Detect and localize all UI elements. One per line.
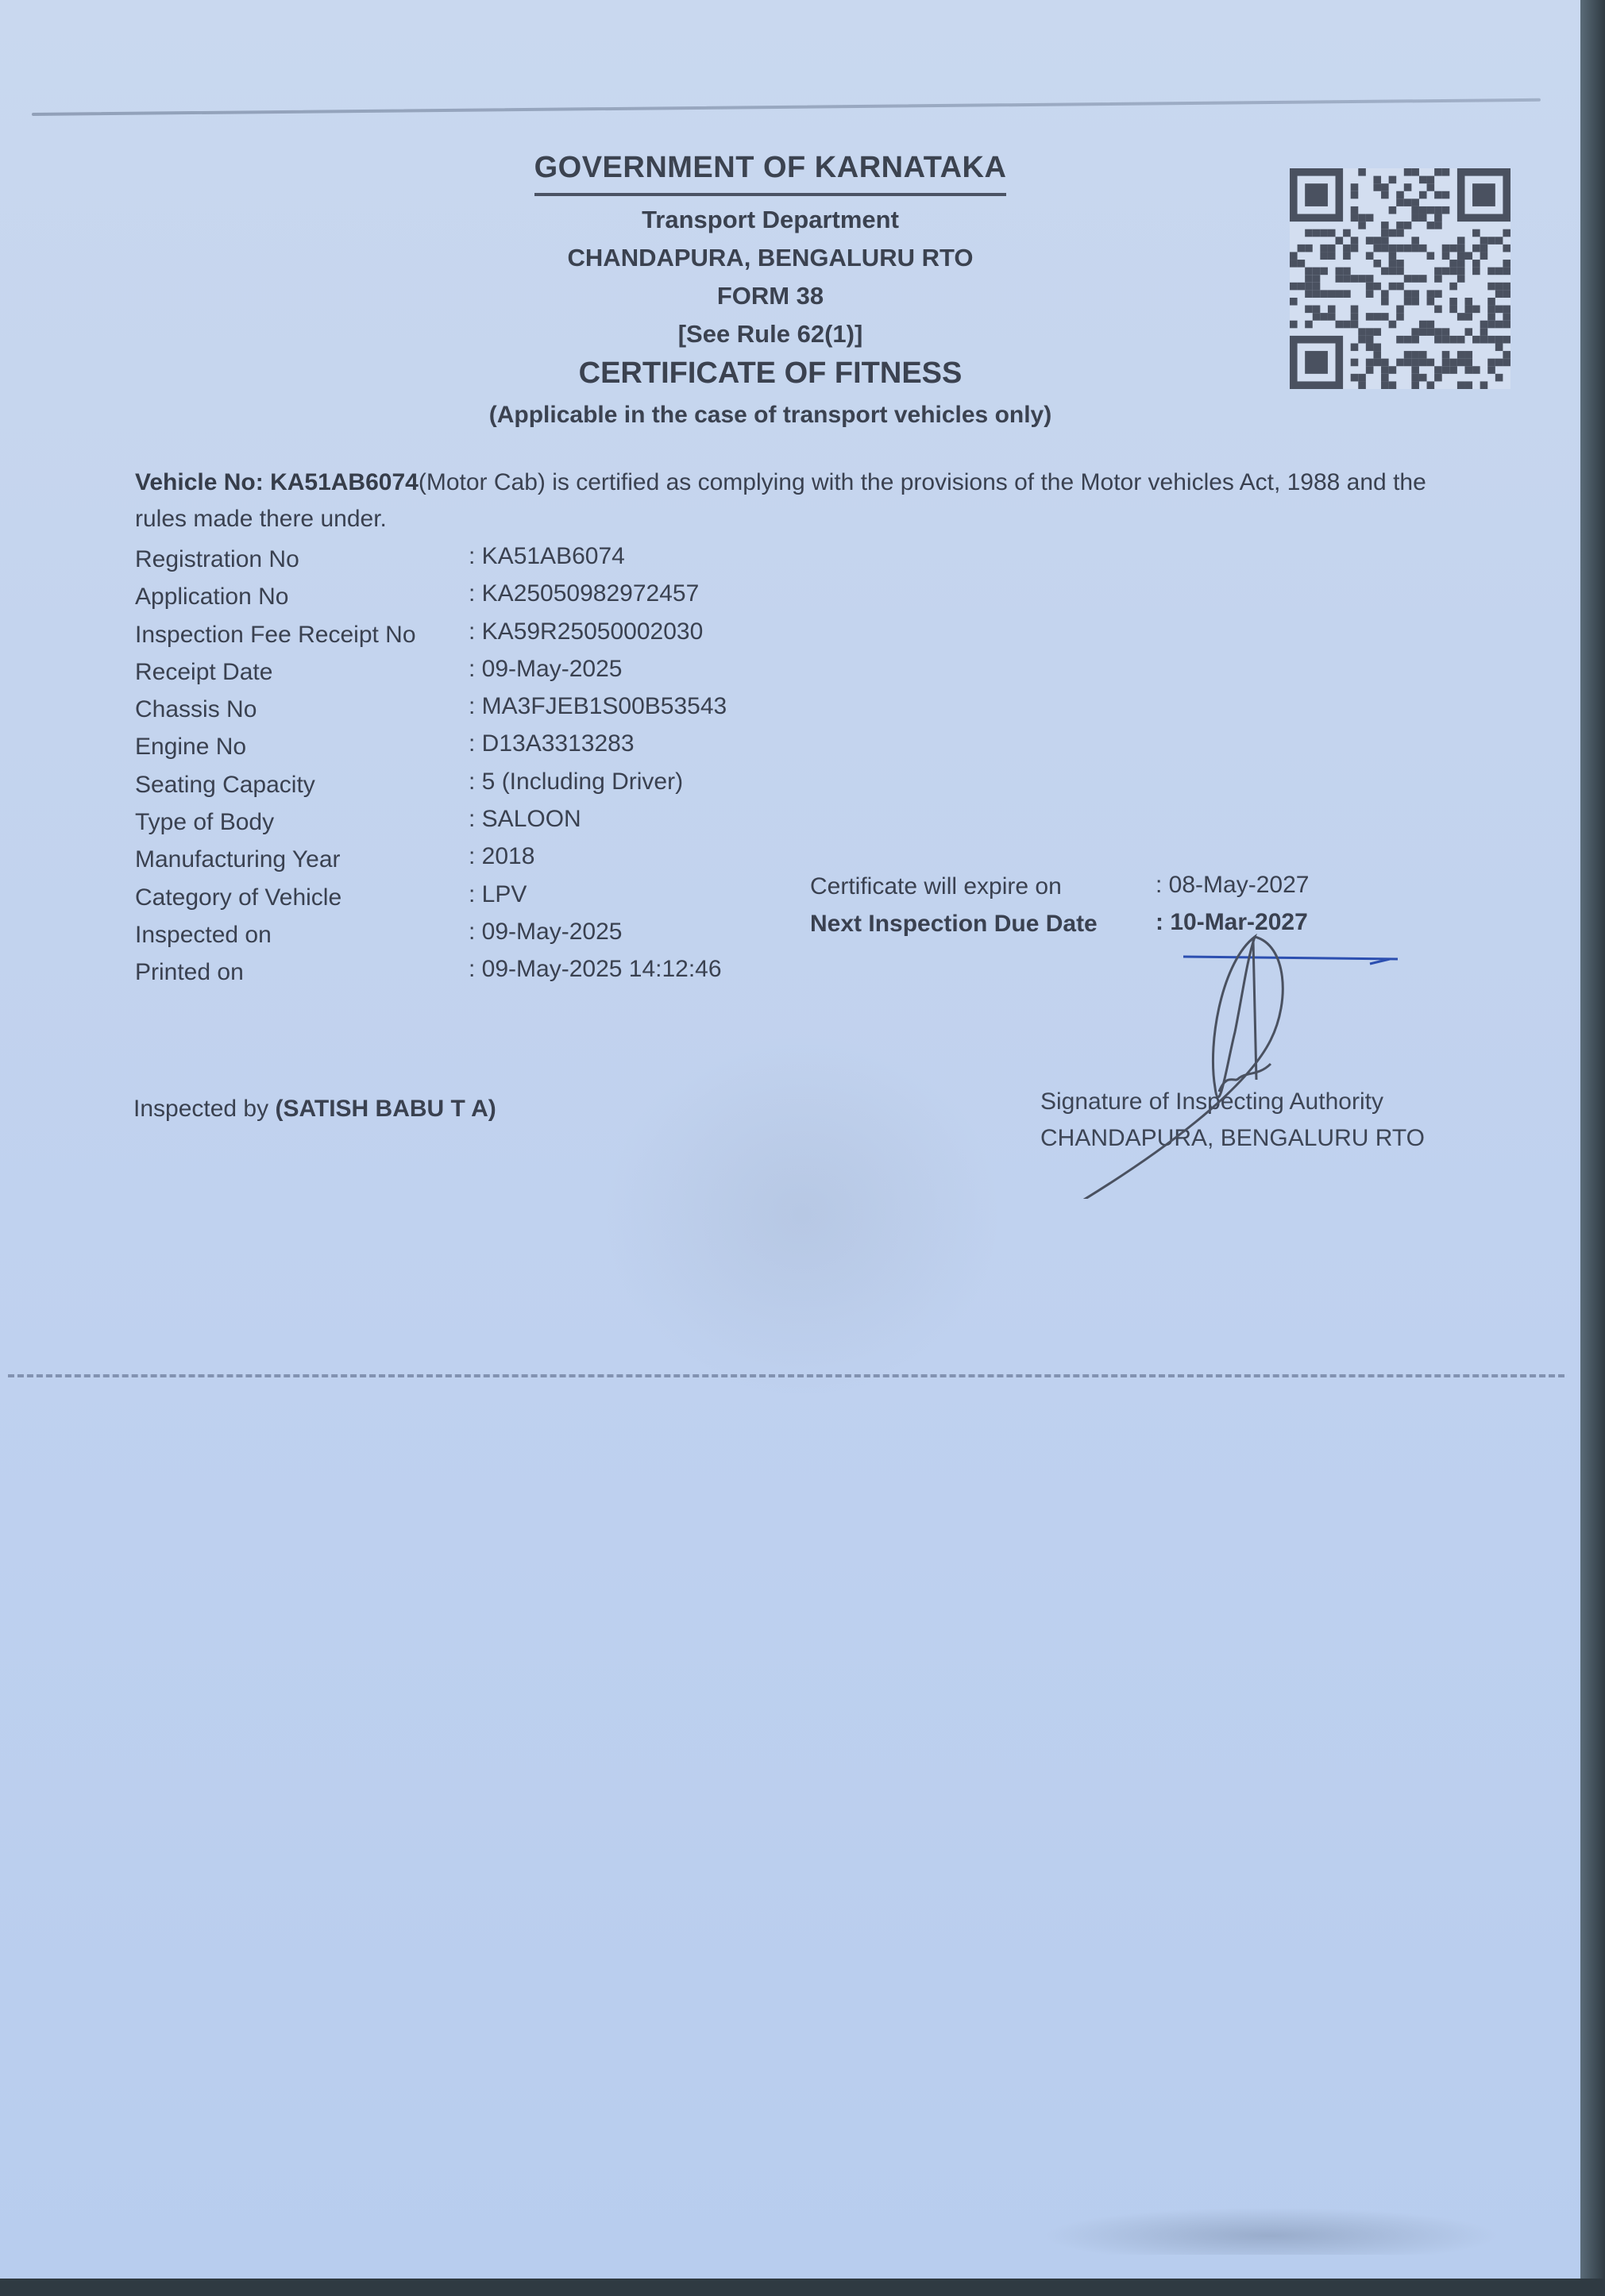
field-label: Category of Vehicle [135, 884, 341, 911]
fold-line-top [32, 98, 1541, 116]
field-value: 08-May-2027 [1156, 872, 1309, 899]
department-name: Transport Department [445, 206, 1096, 234]
certificate-title: CERTIFICATE OF FITNESS [445, 356, 1096, 391]
field-label: Seating Capacity [135, 772, 315, 799]
field-value: 09-May-2025 [469, 919, 622, 946]
field-label: Registration No [135, 546, 299, 573]
field-value: MA3FJEB1S00B53543 [469, 693, 727, 720]
certificate-paper: GOVERNMENT OF KARNATAKA Transport Depart… [0, 0, 1582, 2279]
field-label: Inspected on [135, 922, 272, 949]
field-value: KA51AB6074 [469, 543, 625, 570]
field-value: 09-May-2025 14:12:46 [469, 956, 722, 983]
field-value: LPV [469, 881, 527, 908]
field-label: Chassis No [135, 696, 257, 723]
rule-reference: [See Rule 62(1)] [445, 320, 1096, 349]
field-label: Inspection Fee Receipt No [135, 622, 416, 649]
field-label: Engine No [135, 734, 246, 761]
field-label: Type of Body [135, 809, 274, 836]
paper-shadow [1040, 2207, 1501, 2255]
field-label: Receipt Date [135, 659, 272, 686]
field-label: Application No [135, 584, 288, 611]
inspected-by-label: Inspected by [133, 1096, 275, 1122]
signature-icon [1048, 913, 1406, 1199]
certification-statement: Vehicle No: KA51AB6074(Motor Cab) is cer… [135, 464, 1469, 537]
field-label: Printed on [135, 959, 244, 986]
applicability-note: (Applicable in the case of transport veh… [445, 402, 1096, 429]
field-value: 09-May-2025 [469, 656, 622, 683]
field-label: Manufacturing Year [135, 846, 341, 873]
field-label: Certificate will expire on [810, 873, 1062, 900]
paper-smudge [604, 1032, 1001, 1397]
field-value: 2018 [469, 843, 534, 870]
vehicle-no-label: Vehicle No: [135, 469, 270, 495]
fold-line-middle [8, 1374, 1564, 1377]
field-value: KA59R25050002030 [469, 618, 703, 645]
field-value: KA25050982972457 [469, 580, 699, 607]
certificate-header: GOVERNMENT OF KARNATAKA Transport Depart… [445, 151, 1096, 429]
inspector-name: (SATISH BABU T A) [275, 1096, 496, 1122]
form-number: FORM 38 [445, 282, 1096, 310]
field-value: 5 (Including Driver) [469, 769, 683, 796]
background-surface-bottom [0, 2279, 1605, 2296]
vehicle-no: KA51AB6074 [270, 469, 419, 495]
background-surface [1580, 0, 1605, 2296]
qr-code-icon [1288, 168, 1512, 389]
field-value: SALOON [469, 806, 581, 833]
government-title: GOVERNMENT OF KARNATAKA [534, 151, 1007, 196]
field-value: D13A3313283 [469, 730, 635, 757]
office-name: CHANDAPURA, BENGALURU RTO [445, 244, 1096, 272]
inspected-by: Inspected by (SATISH BABU T A) [133, 1096, 496, 1123]
